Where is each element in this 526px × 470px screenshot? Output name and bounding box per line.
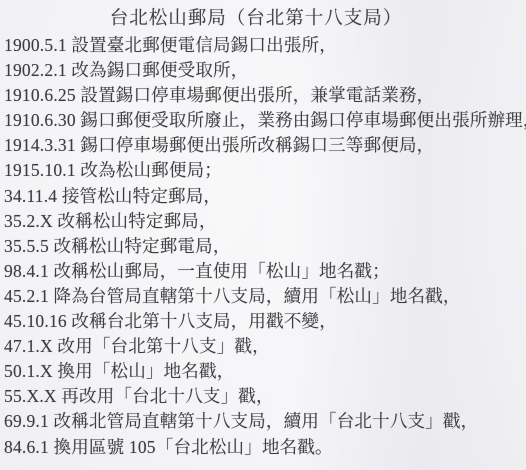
document-title: 台北松山郵局（台北第十八支局） xyxy=(0,0,526,31)
timeline-line: 47.1.X 改用「台北第十八支」戳， xyxy=(4,334,526,359)
timeline-line: 34.11.4 接管松山特定郵局， xyxy=(4,184,526,209)
timeline-line: 1914.3.31 錫口停車場郵便出張所改稱錫口三等郵便局， xyxy=(4,133,526,158)
timeline-line: 1910.6.25 設置錫口停車場郵便出張所，兼掌電話業務， xyxy=(4,83,526,108)
timeline-line: 84.6.1 換用區號 105「台北松山」地名戳。 xyxy=(4,435,526,460)
timeline-line: 1915.10.1 改為松山郵便局； xyxy=(4,158,526,183)
timeline-line: 1900.5.1 設置臺北郵便電信局錫口出張所， xyxy=(4,33,526,58)
timeline-line: 45.10.16 改稱台北第十八支局，用戳不變， xyxy=(4,309,526,334)
timeline-line: 35.2.X 改稱松山特定郵局， xyxy=(4,209,526,234)
timeline-line: 98.4.1 改稱松山郵局，一直使用「松山」地名戳； xyxy=(4,259,526,284)
timeline-line: 45.2.1 降為台管局直轄第十八支局，續用「松山」地名戳， xyxy=(4,284,526,309)
scanned-document-page: 台北松山郵局（台北第十八支局） 1900.5.1 設置臺北郵便電信局錫口出張所，… xyxy=(0,0,526,470)
timeline-line: 50.1.X 換用「松山」地名戳， xyxy=(4,359,526,384)
timeline-line: 35.5.5 改稱松山特定郵電局， xyxy=(4,234,526,259)
timeline-line: 69.9.1 改稱北管局直轄第十八支局，續用「台北十八支」戳， xyxy=(4,409,526,434)
timeline-list: 1900.5.1 設置臺北郵便電信局錫口出張所， 1902.2.1 改為錫口郵便… xyxy=(0,31,526,460)
timeline-line: 1910.6.30 錫口郵便受取所廢止，業務由錫口停車場郵便出張所辦理， xyxy=(4,108,526,133)
timeline-line: 1902.2.1 改為錫口郵便受取所， xyxy=(4,58,526,83)
timeline-line: 55.X.X 再改用「台北十八支」戳， xyxy=(4,384,526,409)
